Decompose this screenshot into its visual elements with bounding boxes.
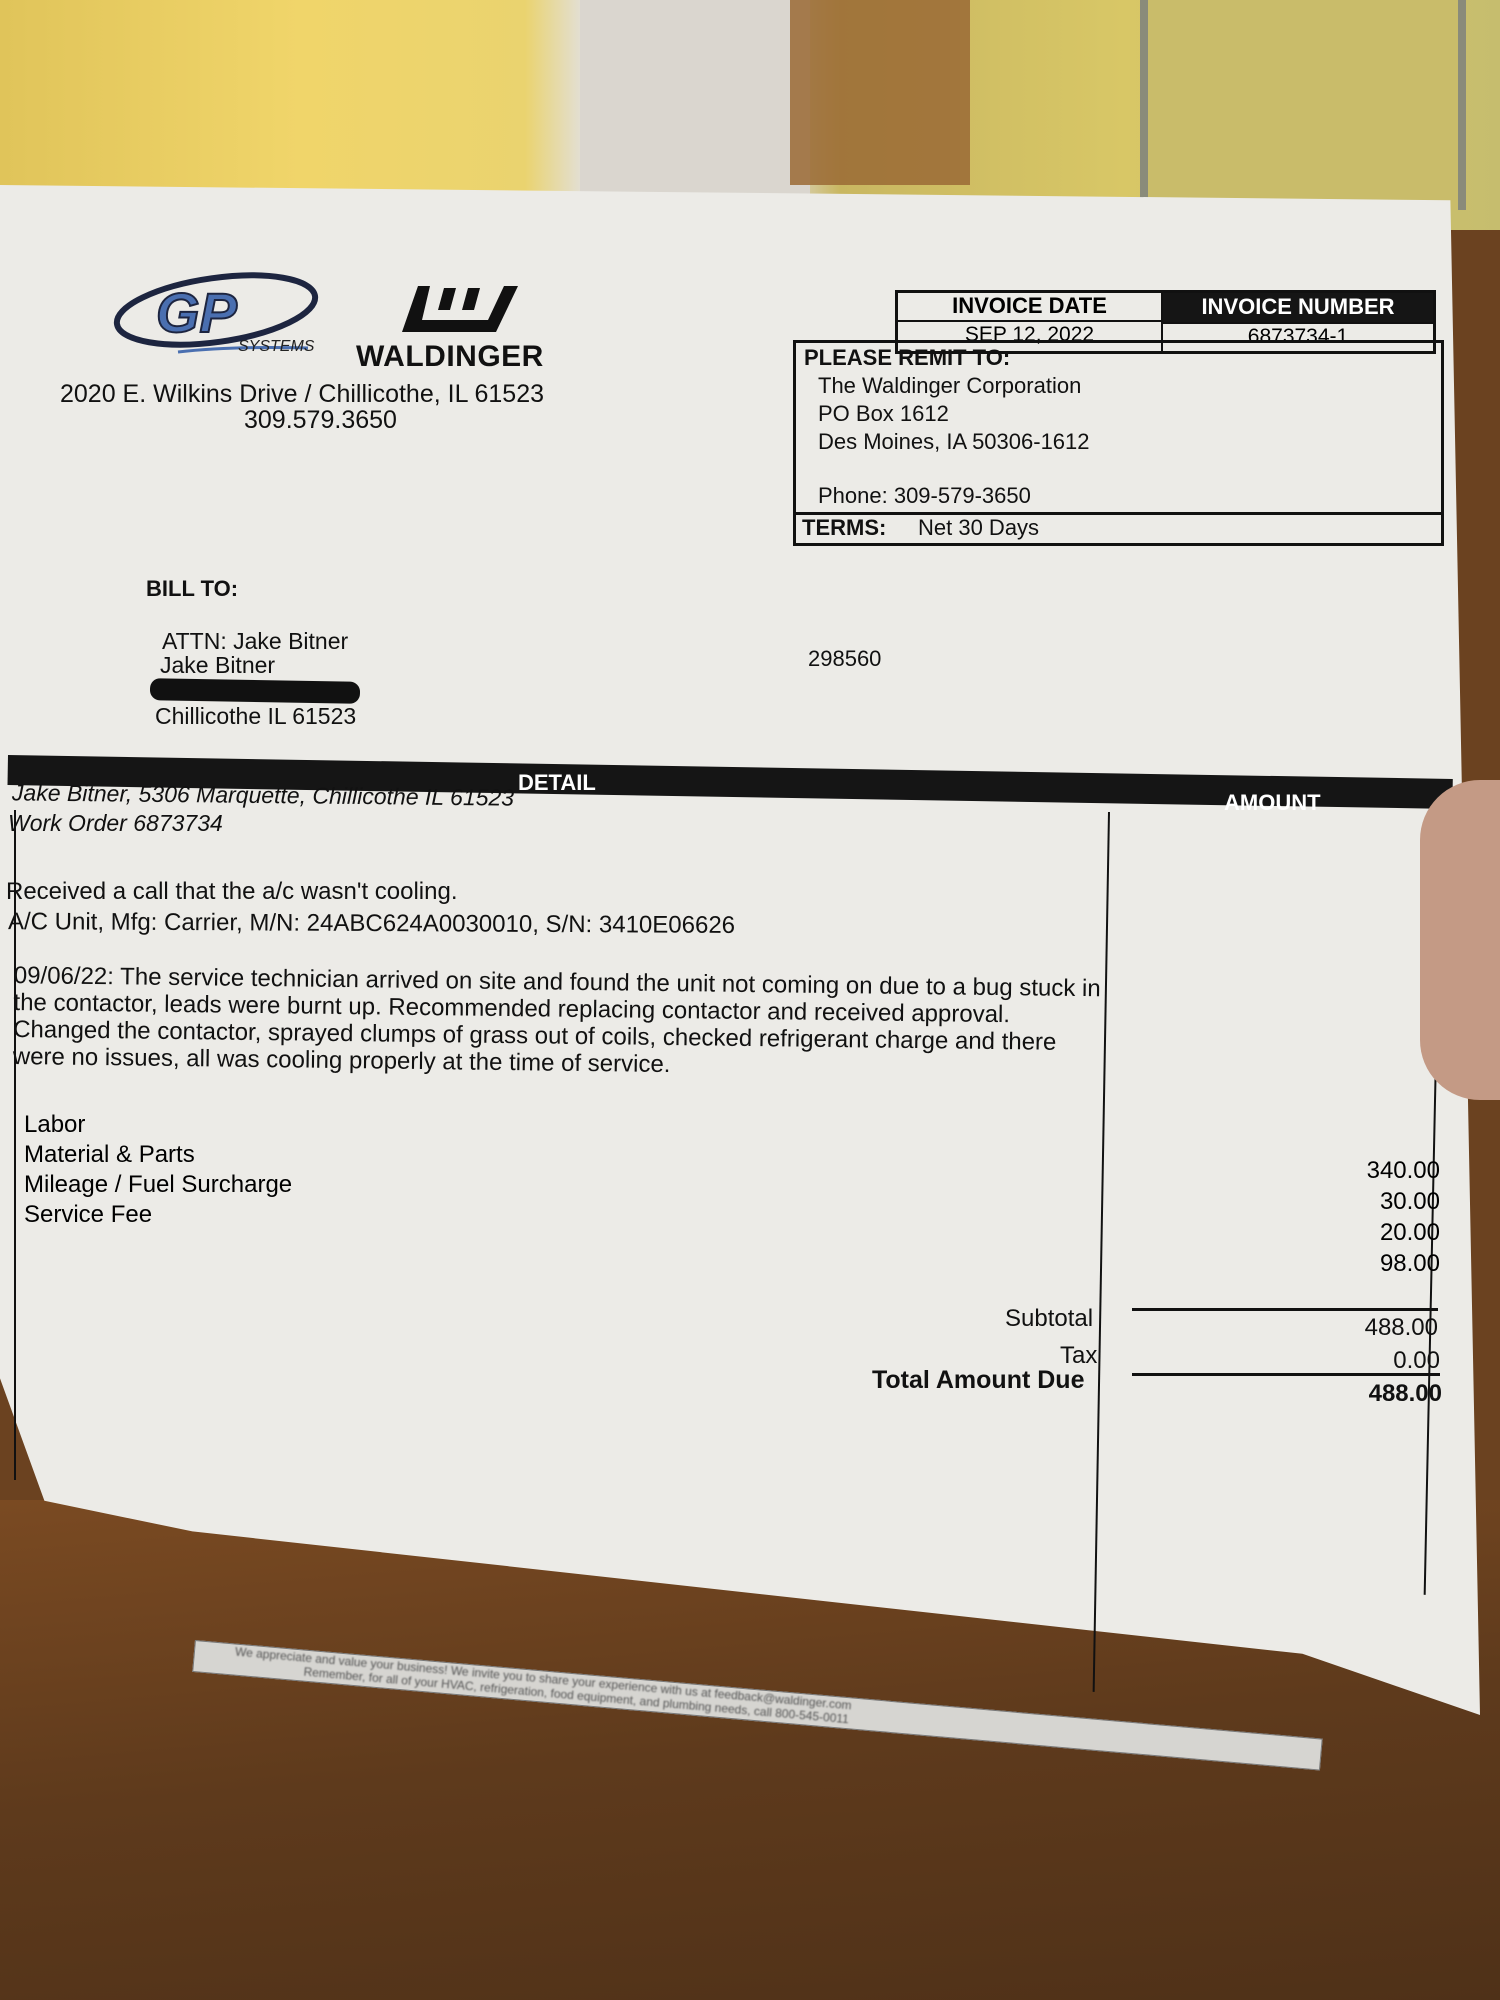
tax-value: 0.00 [1290,1347,1440,1375]
service-notes: 09/06/22: The service technician arrived… [13,962,1104,1083]
terms-row: TERMS: Net 30 Days [796,512,1441,543]
call-reason: Received a call that the a/c wasn't cool… [6,878,458,906]
customer-number: 298560 [808,646,881,672]
line-item-label: Material & Parts [24,1140,292,1170]
redacted-address [150,678,360,704]
subtotal-label: Subtotal [1005,1305,1093,1333]
background-door [580,0,810,210]
line-item-amount: 20.00 [1290,1217,1440,1248]
detail-column-header: DETAIL [518,770,596,796]
line-item-label: Mileage / Fuel Surcharge [24,1170,292,1200]
line-item-amounts: 340.00 30.00 20.00 98.00 [1290,1155,1440,1279]
line-item-label: Labor [24,1110,292,1140]
remit-line: PO Box 1612 [818,401,949,427]
invoice-number-label: INVOICE NUMBER [1163,293,1433,322]
svg-text:GP: GP [156,281,238,344]
subtotal-value: 488.00 [1290,1314,1438,1342]
work-order: Work Order 6873734 [8,810,223,837]
background-shelf [790,0,970,185]
waldinger-logo-icon [400,284,520,334]
line-item-amount: 340.00 [1290,1155,1440,1186]
total-value: 488.00 [1290,1380,1442,1408]
line-item-label: Service Fee [24,1200,292,1230]
remit-title: PLEASE REMIT TO: [804,345,1010,371]
background-bulletin-board [1140,0,1466,210]
amount-column-header: AMOUNT [1224,790,1321,816]
waldinger-wordmark: WALDINGER [356,340,544,374]
line-item-amount: 30.00 [1290,1186,1440,1217]
terms-value: Net 30 Days [918,515,1039,541]
thumb-holding-paper [1420,780,1500,1100]
company-address: 2020 E. Wilkins Drive / Chillicothe, IL … [60,380,544,409]
service-site: Jake Bitner, 5306 Marquette, Chillicothe… [12,779,514,811]
line-item-amount: 98.00 [1290,1248,1440,1279]
bill-to-title: BILL TO: [146,576,238,602]
bill-to-name: Jake Bitner [160,652,275,679]
unit-info: A/C Unit, Mfg: Carrier, M/N: 24ABC624A00… [8,908,735,940]
line-item-labels: Labor Material & Parts Mileage / Fuel Su… [24,1110,292,1230]
remit-line: The Waldinger Corporation [818,373,1081,399]
company-phone: 309.579.3650 [244,406,397,435]
invoice-date-label: INVOICE DATE [898,293,1163,322]
remit-to-box: PLEASE REMIT TO: The Waldinger Corporati… [793,340,1444,546]
bill-to-city: Chillicothe IL 61523 [155,703,356,730]
bill-to-attn: ATTN: Jake Bitner [162,628,348,655]
remit-line: Des Moines, IA 50306-1612 [818,429,1090,455]
total-label: Total Amount Due [872,1366,1084,1395]
terms-label: TERMS: [802,515,886,541]
subtotal-rule [1132,1308,1438,1311]
remit-phone: Phone: 309-579-3650 [818,483,1031,509]
gp-systems-subtext: SYSTEMS [238,338,314,356]
